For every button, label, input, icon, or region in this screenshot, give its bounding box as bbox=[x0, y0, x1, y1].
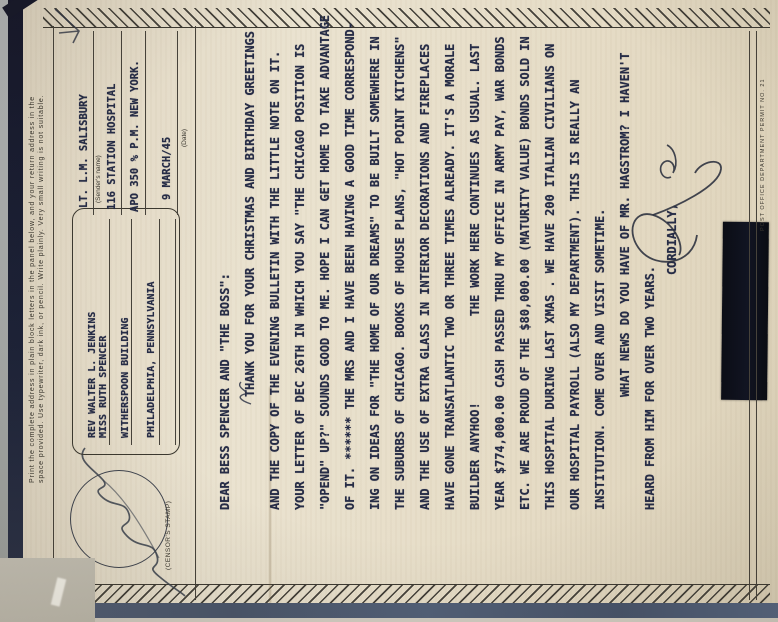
letter-sheet: Print the complete address in plain bloc… bbox=[25, 8, 770, 603]
sender-name-caption: (Sender's name) bbox=[95, 155, 102, 203]
body-line: THIS HOSPITAL DURING LAST XMAS . WE HAVE… bbox=[543, 44, 557, 510]
body-line: INSTITUTION. COME OVER AND VISIT SOMETIM… bbox=[593, 209, 607, 510]
censor-stamp-caption: (CENSOR'S STAMP) bbox=[165, 501, 172, 570]
sender-address1: 116 STATION HOSPITAL bbox=[106, 84, 118, 210]
address-row-bottom-rule bbox=[195, 26, 196, 600]
sender-date-caption: (Date) bbox=[181, 129, 188, 147]
photo-bottom-mount-edge bbox=[0, 618, 778, 622]
sender-rule-1 bbox=[93, 31, 94, 215]
bottom-rule-1 bbox=[749, 31, 750, 600]
post-office-permit-text: POST OFFICE DEPARTMENT PERMIT NO. 21 bbox=[760, 78, 766, 231]
sender-rule-3 bbox=[145, 31, 146, 215]
form-right-hatch-border bbox=[43, 8, 770, 28]
photo-left-dark-strip bbox=[8, 0, 23, 578]
address-rule-1 bbox=[109, 219, 110, 445]
sender-rule-4 bbox=[177, 31, 178, 215]
photo-bottom-dark-strip bbox=[0, 603, 778, 619]
body-line: OF IT. ****** THE MRS AND I HAVE BEEN HA… bbox=[343, 22, 357, 510]
header-rule bbox=[53, 26, 54, 597]
form-instructions-line1: Print the complete address in plain bloc… bbox=[29, 96, 36, 483]
body-line: HAVE GONE TRANSATLANTIC TWO OR THREE TIM… bbox=[443, 44, 457, 510]
addressee-name-line1: REV WALTER L. JENKINS bbox=[87, 312, 98, 438]
sender-rule-2 bbox=[121, 31, 122, 215]
body-line: BUILDER ANYHOO! THE WORK HERE CONTINUES … bbox=[468, 44, 482, 510]
body-line: HEARD FROM HIM FOR OVER TWO YEARS. bbox=[643, 266, 657, 510]
body-line: THANK YOU FOR YOUR CHRISTMAS AND BIRTHDA… bbox=[243, 31, 257, 397]
body-line: AND THE COPY OF THE EVENING BULLETIN WIT… bbox=[268, 51, 282, 510]
body-line: "OPEND" UP?" SOUNDS GOOD TO ME. HOPE I C… bbox=[318, 15, 332, 510]
censor-tape-redaction bbox=[721, 222, 769, 400]
vmail-photograph: Print the complete address in plain bloc… bbox=[0, 0, 778, 622]
addressee-name-line2: MISS RUTH SPENCER bbox=[98, 336, 109, 438]
address-rule-3 bbox=[159, 219, 160, 445]
form-instructions-line2: space provided. Use typewriter, dark ink… bbox=[38, 95, 45, 483]
body-line: THE SUBURBS OF CHICAGO. BOOKS OF HOUSE P… bbox=[393, 36, 407, 510]
body-line: ETC. WE ARE PROUD OF THE $80,000.00 (MAT… bbox=[518, 36, 532, 510]
body-line: AND THE USE OF EXTRA GLASS IN INTERIOR D… bbox=[418, 44, 432, 510]
address-rule-2 bbox=[131, 219, 132, 445]
sender-date: 9 MARCH/45 bbox=[161, 137, 173, 200]
correction-handwriting bbox=[231, 380, 255, 406]
check-mark-handwriting bbox=[51, 5, 81, 45]
body-line: OUR HOSPITAL PAYROLL (ALSO MY DEPARTMENT… bbox=[568, 80, 582, 510]
sender-signature-handwriting bbox=[623, 123, 728, 273]
form-left-hatch-border bbox=[95, 584, 770, 603]
body-line: YOUR LETTER OF DEC 26TH IN WHICH YOU SAY… bbox=[293, 44, 307, 510]
address-rule-4 bbox=[175, 219, 176, 445]
body-line: DEAR BESS SPENCER AND "THE BOSS": bbox=[218, 273, 232, 510]
body-line: YEAR $774,000.00 CASH PASSED THRU MY OFF… bbox=[493, 36, 507, 510]
addressee-street: WITHERSPOON BUILDING bbox=[120, 318, 131, 438]
sender-address2: APO 350 % P.M. NEW YORK. bbox=[129, 60, 141, 212]
sender-name: LT. L.M. SALISBURY bbox=[78, 94, 90, 208]
photo-bottom-left-corner bbox=[0, 558, 95, 622]
addressee-city: PHILADELPHIA, PENNSYLVANIA bbox=[146, 281, 157, 438]
bottom-rule-2 bbox=[756, 31, 757, 600]
body-line: ING ON IDEAS FOR "THE HOME OF OUR DREAMS… bbox=[368, 36, 382, 510]
